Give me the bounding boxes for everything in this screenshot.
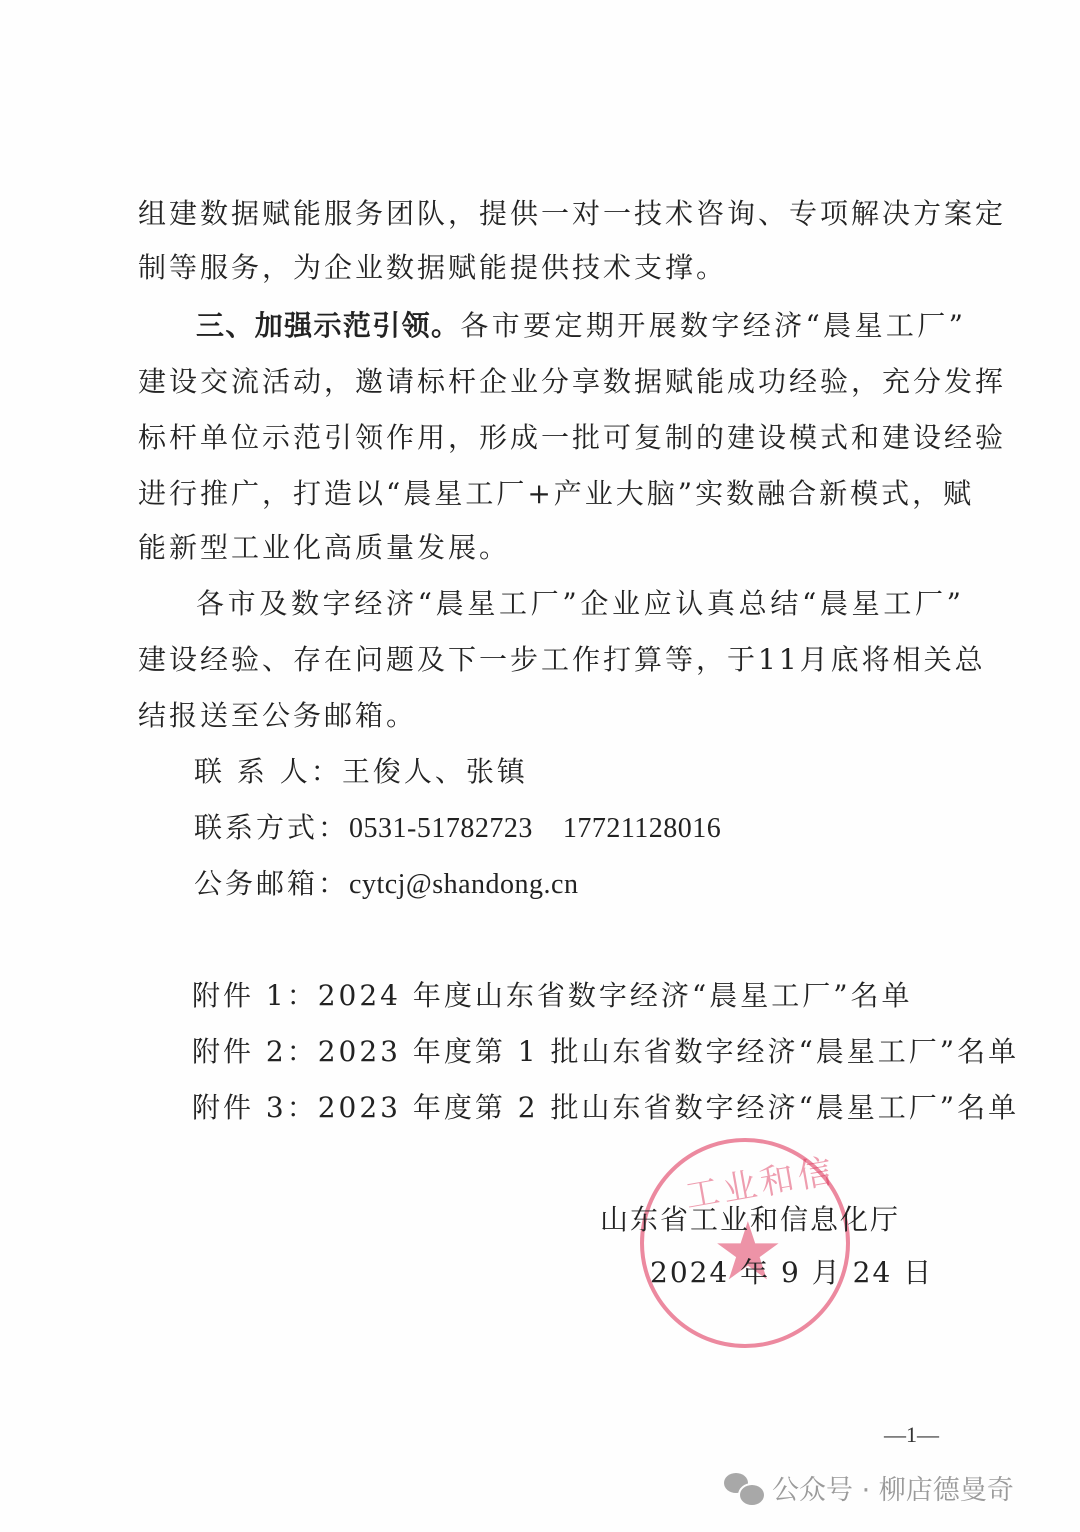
paragraph-line: 组建数据赋能服务团队，提供一对一技术咨询、专项解决方案定 <box>138 194 968 234</box>
signature-org: 山东省工业和信息化厅 <box>600 1200 900 1240</box>
signature-date: 2024 年 9 月 24 日 <box>650 1253 933 1293</box>
watermark: 公众号 · 柳店德曼奇 <box>724 1468 1014 1507</box>
paragraph-line: 建设经验、存在问题及下一步工作打算等，于11月底将相关总 <box>138 640 968 680</box>
contact-email: 公务邮箱：cytcj@shandong.cn <box>194 864 578 905</box>
attachment-1: 附件 1：2024 年度山东省数字经济“晨星工厂”名单 <box>192 976 913 1016</box>
contact-phone-label: 联系方式： <box>194 811 349 844</box>
section-3-text: 各市要定期开展数字经济“晨星工厂” <box>460 309 966 342</box>
wechat-icon <box>724 1471 764 1505</box>
attachment-2: 附件 2：2023 年度第 1 批山东省数字经济“晨星工厂”名单 <box>192 1032 1019 1072</box>
contact-person-label: 联 系 人： <box>194 755 342 788</box>
paragraph-line: 进行推广，打造以“晨星工厂+产业大脑”实数融合新模式，赋 <box>138 474 968 514</box>
section-3-heading: 三、加强示范引领。 <box>196 309 460 342</box>
contact-person-value: 王俊人、张镇 <box>342 755 528 788</box>
contact-phone-value: 0531-51782723 17721128016 <box>349 813 721 844</box>
section-3-first-line: 三、加强示范引领。各市要定期开展数字经济“晨星工厂” <box>196 306 966 346</box>
watermark-text: 公众号 · 柳店德曼奇 <box>772 1468 1014 1507</box>
contact-email-value: cytcj@shandong.cn <box>349 869 578 900</box>
contact-person: 联 系 人：王俊人、张镇 <box>194 752 528 792</box>
page-number: —1— <box>884 1422 939 1448</box>
paragraph-line: 结报送至公务邮箱。 <box>138 696 968 736</box>
attachment-3: 附件 3：2023 年度第 2 批山东省数字经济“晨星工厂”名单 <box>192 1088 1019 1128</box>
paragraph-line: 标杆单位示范引领作用，形成一批可复制的建设模式和建设经验 <box>138 418 968 458</box>
paragraph-line: 各市及数字经济“晨星工厂”企业应认真总结“晨星工厂” <box>196 584 964 624</box>
paragraph-line: 能新型工业化高质量发展。 <box>138 528 968 568</box>
official-seal: 工业和信 ★ <box>640 1138 850 1348</box>
contact-email-label: 公务邮箱： <box>194 867 349 900</box>
paragraph-line: 建设交流活动，邀请标杆企业分享数据赋能成功经验，充分发挥 <box>138 362 968 402</box>
paragraph-line: 制等服务，为企业数据赋能提供技术支撑。 <box>138 248 968 288</box>
contact-phone: 联系方式：0531-51782723 17721128016 <box>194 808 721 849</box>
